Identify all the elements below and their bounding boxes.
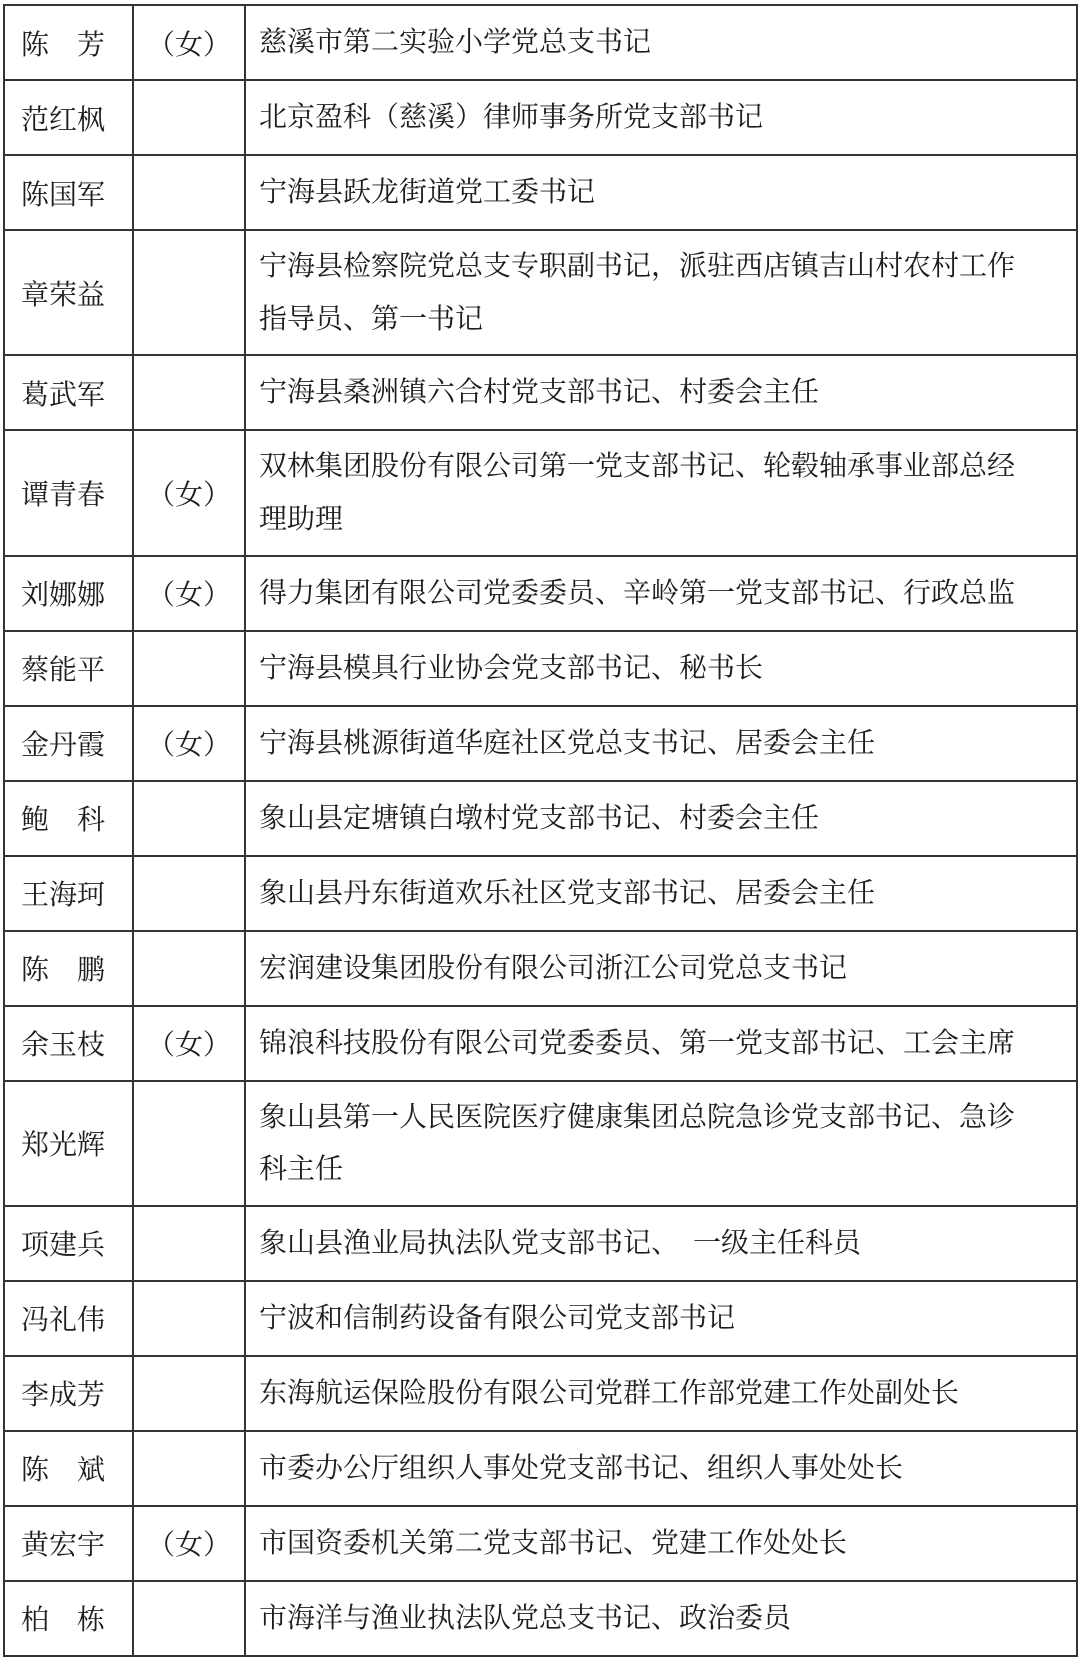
position-cell: 宁海县桃源街道华庭社区党总支书记、居委会主任 <box>245 706 1077 781</box>
gender-cell: （女） <box>133 1006 245 1081</box>
position-cell: 宁波和信制药设备有限公司党支部书记 <box>245 1281 1077 1356</box>
name-cell: 刘娜娜 <box>4 556 133 631</box>
table-row: 葛武军 宁海县桑洲镇六合村党支部书记、村委会主任 <box>4 355 1077 430</box>
gender-cell: （女） <box>133 1506 245 1581</box>
position-cell: 象山县定塘镇白墩村党支部书记、村委会主任 <box>245 781 1077 856</box>
gender-cell: （女） <box>133 556 245 631</box>
gender-cell: （女） <box>133 430 245 555</box>
position-cell: 市国资委机关第二党支部书记、党建工作处处长 <box>245 1506 1077 1581</box>
position-cell: 象山县第一人民医院医疗健康集团总院急诊党支部书记、急诊科主任 <box>245 1081 1077 1206</box>
name-cell: 郑光辉 <box>4 1081 133 1206</box>
position-cell: 宁海县跃龙街道党工委书记 <box>245 155 1077 230</box>
name-cell: 葛武军 <box>4 355 133 430</box>
position-cell: 象山县渔业局执法队党支部书记、 一级主任科员 <box>245 1206 1077 1281</box>
gender-cell <box>133 1581 245 1656</box>
document-page: 陈 芳 （女） 慈溪市第二实验小学党总支书记 范红枫 北京盈科（慈溪）律师事务所… <box>0 0 1080 1657</box>
position-cell: 东海航运保险股份有限公司党群工作部党建工作处副处长 <box>245 1356 1077 1431</box>
name-cell: 陈 斌 <box>4 1431 133 1506</box>
name-cell: 余玉枝 <box>4 1006 133 1081</box>
table-row: 黄宏宇 （女） 市国资委机关第二党支部书记、党建工作处处长 <box>4 1506 1077 1581</box>
table-row: 章荣益 宁海县检察院党总支专职副书记，派驻西店镇吉山村农村工作指导员、第一书记 <box>4 230 1077 355</box>
name-cell: 项建兵 <box>4 1206 133 1281</box>
gender-cell <box>133 631 245 706</box>
position-cell: 双林集团股份有限公司第一党支部书记、轮毂轴承事业部总经理助理 <box>245 430 1077 555</box>
gender-cell <box>133 856 245 931</box>
gender-cell <box>133 1356 245 1431</box>
name-cell: 陈国军 <box>4 155 133 230</box>
name-cell: 陈 芳 <box>4 5 133 80</box>
position-cell: 象山县丹东街道欢乐社区党支部书记、居委会主任 <box>245 856 1077 931</box>
table-row: 陈 鹏 宏润建设集团股份有限公司浙江公司党总支书记 <box>4 931 1077 1006</box>
gender-cell: （女） <box>133 5 245 80</box>
position-cell: 得力集团有限公司党委委员、辛岭第一党支部书记、行政总监 <box>245 556 1077 631</box>
gender-cell <box>133 931 245 1006</box>
name-cell: 冯礼伟 <box>4 1281 133 1356</box>
table-row: 蔡能平 宁海县模具行业协会党支部书记、秘书长 <box>4 631 1077 706</box>
name-cell: 蔡能平 <box>4 631 133 706</box>
gender-cell <box>133 1281 245 1356</box>
name-cell: 鲍 科 <box>4 781 133 856</box>
table-row: 陈 斌 市委办公厅组织人事处党支部书记、组织人事处处长 <box>4 1431 1077 1506</box>
position-cell: 市委办公厅组织人事处党支部书记、组织人事处处长 <box>245 1431 1077 1506</box>
name-cell: 谭青春 <box>4 430 133 555</box>
gender-cell <box>133 230 245 355</box>
position-cell: 慈溪市第二实验小学党总支书记 <box>245 5 1077 80</box>
table-row: 鲍 科 象山县定塘镇白墩村党支部书记、村委会主任 <box>4 781 1077 856</box>
position-cell: 锦浪科技股份有限公司党委委员、第一党支部书记、工会主席 <box>245 1006 1077 1081</box>
roster-table-body: 陈 芳 （女） 慈溪市第二实验小学党总支书记 范红枫 北京盈科（慈溪）律师事务所… <box>4 5 1077 1656</box>
gender-cell <box>133 155 245 230</box>
table-row: 金丹霞 （女） 宁海县桃源街道华庭社区党总支书记、居委会主任 <box>4 706 1077 781</box>
name-cell: 李成芳 <box>4 1356 133 1431</box>
name-cell: 金丹霞 <box>4 706 133 781</box>
table-row: 陈 芳 （女） 慈溪市第二实验小学党总支书记 <box>4 5 1077 80</box>
name-cell: 黄宏宇 <box>4 1506 133 1581</box>
position-cell: 宏润建设集团股份有限公司浙江公司党总支书记 <box>245 931 1077 1006</box>
gender-cell <box>133 1431 245 1506</box>
table-row: 陈国军 宁海县跃龙街道党工委书记 <box>4 155 1077 230</box>
name-cell: 陈 鹏 <box>4 931 133 1006</box>
table-row: 谭青春 （女） 双林集团股份有限公司第一党支部书记、轮毂轴承事业部总经理助理 <box>4 430 1077 555</box>
gender-cell <box>133 355 245 430</box>
gender-cell <box>133 80 245 155</box>
position-cell: 市海洋与渔业执法队党总支书记、政治委员 <box>245 1581 1077 1656</box>
table-row: 范红枫 北京盈科（慈溪）律师事务所党支部书记 <box>4 80 1077 155</box>
gender-cell <box>133 1206 245 1281</box>
gender-cell: （女） <box>133 706 245 781</box>
table-row: 王海珂 象山县丹东街道欢乐社区党支部书记、居委会主任 <box>4 856 1077 931</box>
name-cell: 柏 栋 <box>4 1581 133 1656</box>
position-cell: 宁海县模具行业协会党支部书记、秘书长 <box>245 631 1077 706</box>
name-cell: 章荣益 <box>4 230 133 355</box>
roster-table: 陈 芳 （女） 慈溪市第二实验小学党总支书记 范红枫 北京盈科（慈溪）律师事务所… <box>3 4 1078 1657</box>
table-row: 项建兵 象山县渔业局执法队党支部书记、 一级主任科员 <box>4 1206 1077 1281</box>
table-row: 柏 栋 市海洋与渔业执法队党总支书记、政治委员 <box>4 1581 1077 1656</box>
position-cell: 宁海县检察院党总支专职副书记，派驻西店镇吉山村农村工作指导员、第一书记 <box>245 230 1077 355</box>
table-row: 冯礼伟 宁波和信制药设备有限公司党支部书记 <box>4 1281 1077 1356</box>
position-cell: 北京盈科（慈溪）律师事务所党支部书记 <box>245 80 1077 155</box>
gender-cell <box>133 781 245 856</box>
name-cell: 范红枫 <box>4 80 133 155</box>
name-cell: 王海珂 <box>4 856 133 931</box>
position-cell: 宁海县桑洲镇六合村党支部书记、村委会主任 <box>245 355 1077 430</box>
gender-cell <box>133 1081 245 1206</box>
table-row: 郑光辉 象山县第一人民医院医疗健康集团总院急诊党支部书记、急诊科主任 <box>4 1081 1077 1206</box>
table-row: 刘娜娜 （女） 得力集团有限公司党委委员、辛岭第一党支部书记、行政总监 <box>4 556 1077 631</box>
table-row: 余玉枝 （女） 锦浪科技股份有限公司党委委员、第一党支部书记、工会主席 <box>4 1006 1077 1081</box>
table-row: 李成芳 东海航运保险股份有限公司党群工作部党建工作处副处长 <box>4 1356 1077 1431</box>
